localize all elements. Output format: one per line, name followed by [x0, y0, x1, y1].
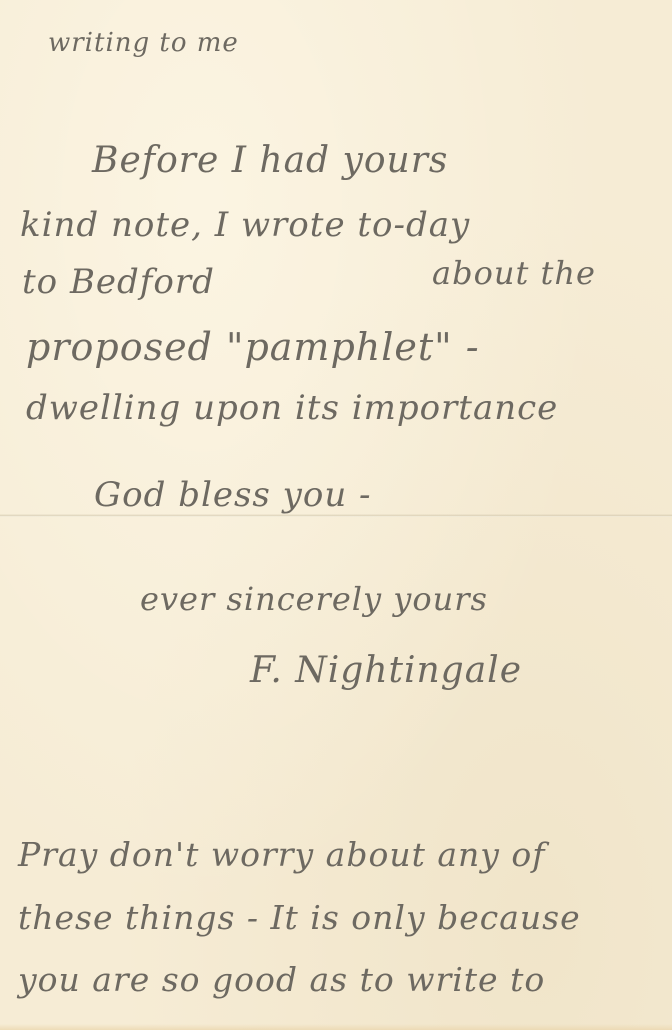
- body-line-4: proposed "pamphlet" -: [26, 325, 480, 369]
- postscript-line-2: these things - It is only because: [18, 898, 581, 937]
- valediction: ever sincerely yours: [140, 580, 488, 618]
- body-line-3: to Bedford: [22, 262, 215, 302]
- paper-edge: [0, 1024, 672, 1030]
- body-line-1: Before I had yours: [92, 140, 448, 181]
- postscript-line-3: you are so good as to write to: [18, 960, 545, 999]
- blessing-line: God bless you -: [94, 475, 372, 515]
- body-line-2: kind note, I wrote to-day: [20, 205, 470, 245]
- opening-line: writing to me: [48, 28, 239, 58]
- postscript-line-1: Pray don't worry about any of: [18, 835, 545, 874]
- body-line-5: dwelling upon its importance: [26, 388, 558, 428]
- body-line-3b: about the: [432, 254, 596, 292]
- signature: F. Nightingale: [250, 650, 522, 691]
- letter-page: writing to me Before I had yours kind no…: [0, 0, 672, 1030]
